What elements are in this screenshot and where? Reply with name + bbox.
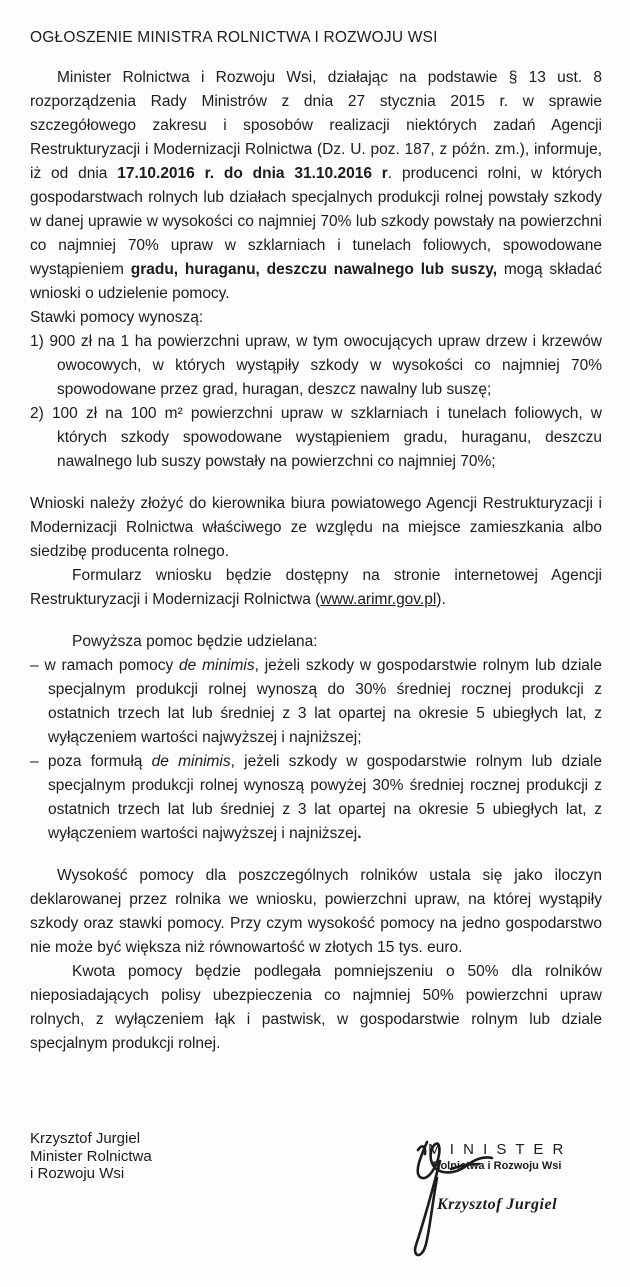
signatory-title-line-2: i Rozwoju Wsi (30, 1165, 152, 1183)
rate-item-2: 2) 100 zł na 100 m² powierzchni upraw w … (30, 402, 602, 474)
aid-form-item-1: – w ramach pomocy de minimis, jeżeli szk… (30, 654, 602, 750)
list-marker: 1) (30, 333, 49, 350)
document-page: OGŁOSZENIE MINISTRA ROLNICTWA I ROZWOJU … (0, 0, 630, 1287)
signatory-name: Krzysztof Jurgiel (30, 1130, 152, 1148)
text-segment: w ramach pomocy (44, 657, 179, 674)
text-segment: ). (436, 591, 445, 608)
stamp-subtitle: Rolnictwa i Rozwoju Wsi (404, 1160, 590, 1172)
list-marker: 2) (30, 405, 52, 422)
list-marker: – (30, 657, 44, 674)
document-title: OGŁOSZENIE MINISTRA ROLNICTWA I ROZWOJU … (30, 26, 602, 50)
text-segment-bold-causes: gradu, huraganu, deszczu nawalnego lub s… (131, 261, 497, 278)
document-body: OGŁOSZENIE MINISTRA ROLNICTWA I ROZWOJU … (30, 26, 602, 1056)
vertical-spacer (30, 612, 602, 630)
vertical-spacer (30, 474, 602, 492)
vertical-spacer (30, 846, 602, 864)
text-segment-italic: de minimis (152, 753, 231, 770)
aid-form-item-2: – poza formułą de minimis, jeżeli szkody… (30, 750, 602, 846)
text-segment-bold-dates: 17.10.2016 r. do dnia 31.10.2016 r (117, 165, 388, 182)
stamp-signatory-name: Krzysztof Jurgiel (404, 1193, 590, 1217)
paragraph-aid-reduction: Kwota pomocy będzie podlegała pomniejsze… (30, 960, 602, 1056)
text-segment: Formularz wniosku będzie dostępny na str… (30, 567, 602, 608)
stamp-title: M I N I S T E R (404, 1142, 590, 1158)
text-segment: poza formułą (48, 753, 152, 770)
paragraph-where-to-apply: Wnioski należy złożyć do kierownika biur… (30, 492, 602, 564)
paragraph-aid-amount: Wysokość pomocy dla poszczególnych rolni… (30, 864, 602, 960)
aid-forms-heading: Powyższa pomoc będzie udzielana: (30, 630, 602, 654)
signatory-title-line-1: Minister Rolnictwa (30, 1148, 152, 1166)
arimr-link[interactable]: www.arimr.gov.pl (320, 591, 436, 608)
text-segment-italic: de minimis (179, 657, 255, 674)
list-item-text: 900 zł na 1 ha powierzchni upraw, w tym … (49, 333, 602, 398)
rates-heading: Stawki pomocy wynoszą: (30, 306, 602, 330)
minister-stamp: M I N I S T E R Rolnictwa i Rozwoju Wsi … (404, 1142, 590, 1217)
list-marker: – (30, 753, 48, 770)
rate-item-1: 1) 900 zł na 1 ha powierzchni upraw, w t… (30, 330, 602, 402)
text-segment-bold-period: . (357, 825, 361, 842)
list-item-text: 100 zł na 100 m² powierzchni upraw w szk… (52, 405, 602, 470)
paragraph-announcement: Minister Rolnictwa i Rozwoju Wsi, działa… (30, 66, 602, 306)
signature-block-left: Krzysztof Jurgiel Minister Rolnictwa i R… (30, 1130, 152, 1183)
paragraph-form-availability: Formularz wniosku będzie dostępny na str… (30, 564, 602, 612)
